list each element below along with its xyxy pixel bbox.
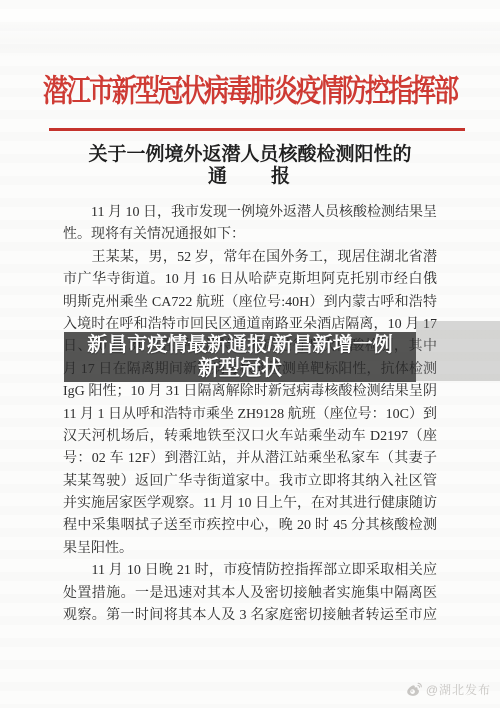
headline-line1: 新昌市疫情最新通报/新昌新增一例 [87, 334, 393, 357]
body-line: 11 月 10 日，我市发现一例境外返潜人员核酸检测结果呈阳 [63, 202, 437, 224]
body-line: 观察。第一时间将其本人及 3 名家庭密切接触者转运至市应急 [63, 605, 437, 627]
body-line: 市广华寺街道。10 月 16 日从哈萨克斯坦阿克托别市经白俄罗斯 [63, 269, 437, 291]
weibo-icon [406, 681, 423, 698]
body-line: 号：02 车 12F）到潜江站，并从潜江站乘坐私家车（其妻子张 [63, 448, 437, 470]
document-subject-line2: 通 报 [0, 161, 500, 188]
body-line: 王某某，男，52 岁，常年在国外务工，现居住湖北省潜江 [63, 247, 437, 269]
body-line: 果呈阳性。 [63, 538, 437, 560]
body-line: 性。现将有关情况通报如下： [63, 224, 437, 246]
weibo-watermark: @湖北发布 [406, 681, 491, 698]
news-headline-overlay: 新昌市疫情最新通报/新昌新增一例 新型冠状 [64, 332, 416, 382]
body-line: IgG 阳性；10 月 31 日隔离解除时新冠病毒核酸检测结果呈阴性。 [63, 381, 437, 403]
headline-overlay-side-wash [416, 321, 500, 381]
header-divider [49, 128, 465, 131]
body-line: 11 月 1 日从呼和浩特市乘坐 ZH9128 航班（座位号：10C）到武 [63, 404, 437, 426]
body-line: 11 月 10 日晚 21 时，市疫情防控指挥部立即采取相关应急 [63, 560, 437, 582]
headline-line2: 新型冠状 [198, 357, 282, 380]
watermark-handle: @湖北发布 [426, 681, 491, 698]
body-line: 并实施居家医学观察。11 月 10 日上午，在对其进行健康随访过 [63, 493, 437, 515]
body-line: 明斯克州乘坐 CA722 航班（座位号:40H）到内蒙古呼和浩特市， [63, 292, 437, 314]
body-line: 程中采集咽拭子送至市疾控中心，晚 20 时 45 分其核酸检测结 [63, 515, 437, 537]
document-header-title: 潜江市新型冠状病毒肺炎疫情防控指挥部 [0, 67, 500, 112]
document-body: 11 月 10 日，我市发现一例境外返潜人员核酸检测结果呈阳性。现将有关情况通报… [63, 202, 437, 627]
document-photo: 潜江市新型冠状病毒肺炎疫情防控指挥部 关于一例境外返潜人员核酸检测阳性的 通 报… [0, 0, 500, 708]
body-line: 某某驾驶）返回广华寺街道家中。我市立即将其纳入社区管理 [63, 471, 437, 493]
body-line: 汉天河机场后，转乘地铁至汉口火车站乘坐动车 D2197（座位 [63, 426, 437, 448]
body-line: 处置措施。一是迅速对其本人及密切接触者实施集中隔离医学 [63, 583, 437, 605]
